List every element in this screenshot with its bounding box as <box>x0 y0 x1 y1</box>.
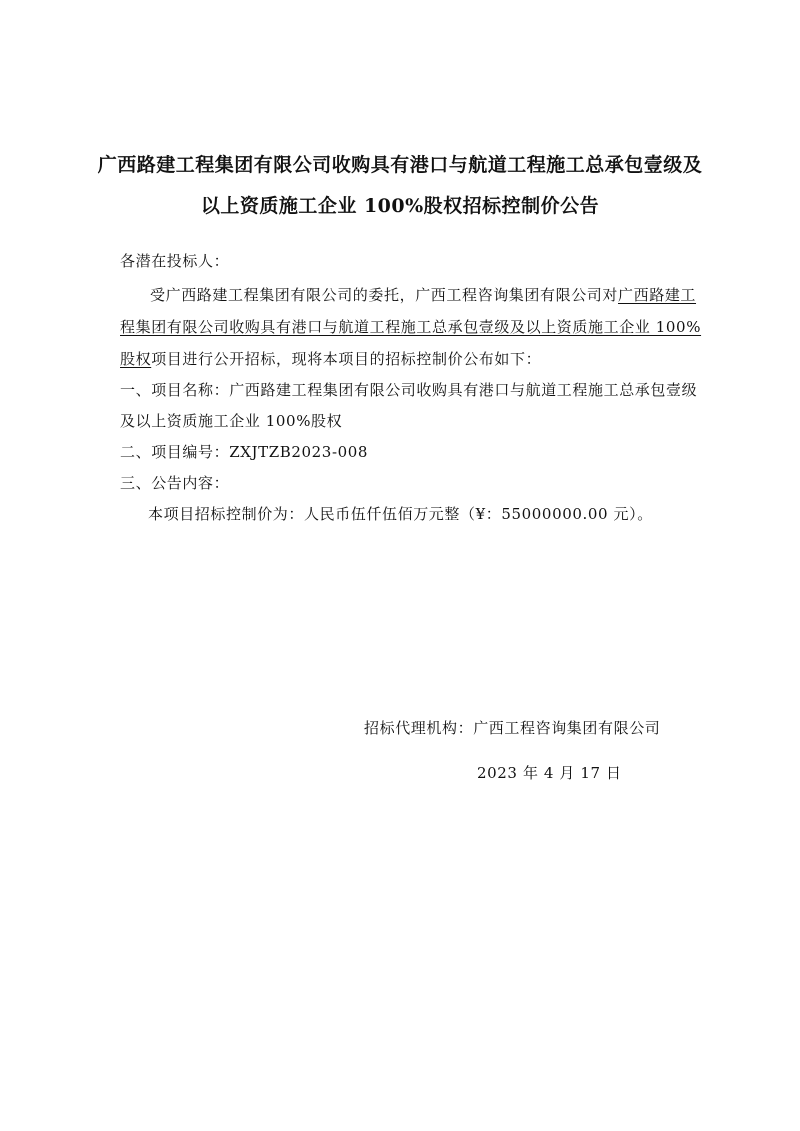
section-2-project-number: 二、项目编号：ZXJTZB2023-008 <box>120 441 368 462</box>
section-1-project-name-cont: 及以上资质施工企业 100%股权 <box>120 410 342 431</box>
announcement-date: 2023 年 4 月 17 日 <box>477 762 622 783</box>
document-title-line-2: 以上资质施工企业 100%股权招标控制价公告 <box>0 191 800 218</box>
section-3-control-price: 本项目招标控制价为：人民币伍仟伍佰万元整（¥：55000000.00 元）。 <box>148 503 653 524</box>
section-1-project-name: 一、项目名称：广西路建工程集团有限公司收购具有港口与航道工程施工总承包壹级 <box>120 379 697 400</box>
intro-line-1: 受广西路建工程集团有限公司的委托，广西工程咨询集团有限公司对广西路建工 <box>150 284 696 305</box>
document-title-line-1: 广西路建工程集团有限公司收购具有港口与航道工程施工总承包壹级及 <box>0 150 800 177</box>
intro-text-rest: 项目进行公开招标，现将本项目的招标控制价公布如下： <box>151 350 541 368</box>
tender-agency: 招标代理机构：广西工程咨询集团有限公司 <box>364 717 660 738</box>
project-name-underlined-end: 股权 <box>120 350 151 368</box>
project-name-underlined: 广西路建工 <box>618 286 696 304</box>
salutation: 各潜在投标人： <box>120 250 229 271</box>
section-3-heading: 三、公告内容： <box>120 472 229 493</box>
intro-text: 受广西路建工程集团有限公司的委托，广西工程咨询集团有限公司对 <box>150 286 618 304</box>
intro-line-2: 程集团有限公司收购具有港口与航道工程施工总承包壹级及以上资质施工企业 100% <box>120 316 701 337</box>
intro-line-3: 股权项目进行公开招标，现将本项目的招标控制价公布如下： <box>120 348 541 369</box>
